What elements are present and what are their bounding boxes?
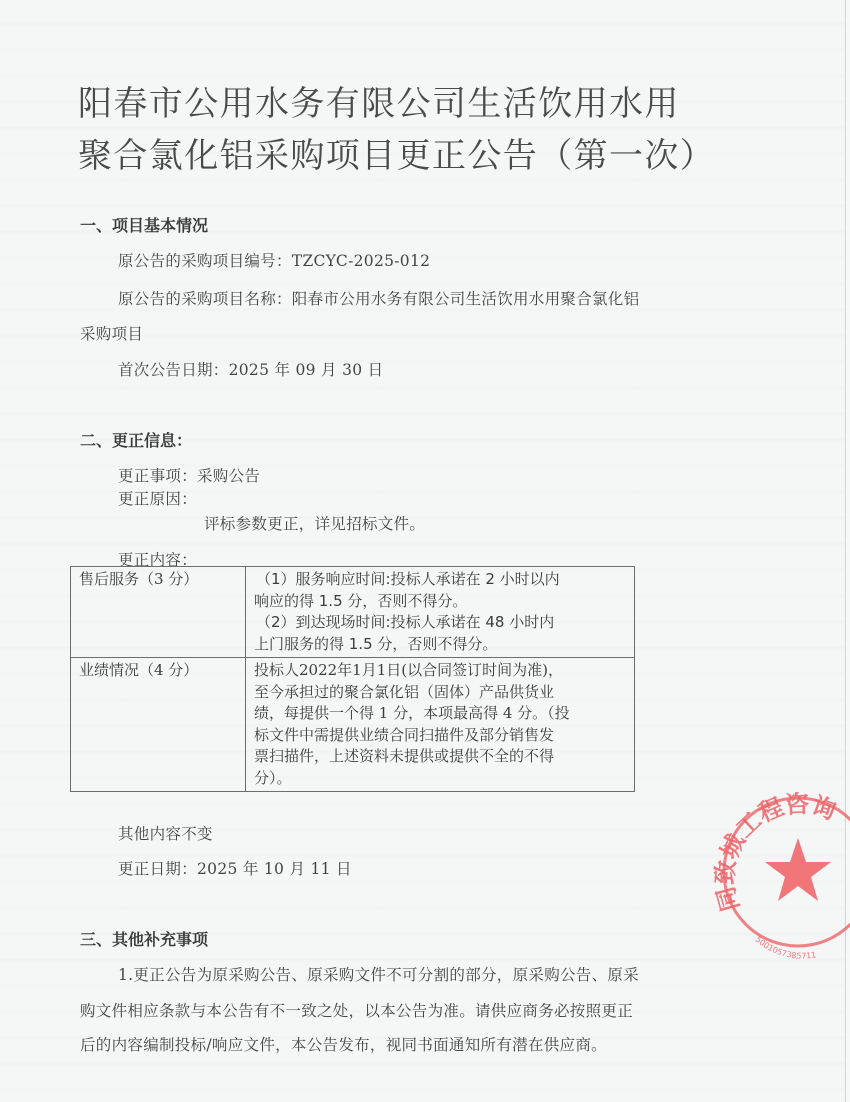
project-name-line-1: 原公告的采购项目名称：阳春市公用水务有限公司生活饮用水用聚合氯化铝 xyxy=(118,287,639,309)
document-title-line-1: 阳春市公用水务有限公司生活饮用水用 xyxy=(78,76,680,125)
table-line: 响应的得 1.5 分，否则不得分。 xyxy=(254,591,626,613)
correction-table: 售后服务（3 分） （1）服务响应时间:投标人承诺在 2 小时以内 响应的得 1… xyxy=(70,566,635,792)
table-line: 票扫描件，上述资料未提供或提供不全的不得 xyxy=(254,746,626,768)
table-line: 上门服务的得 1.5 分，否则不得分。 xyxy=(254,634,626,656)
table-row: 业绩情况（4 分） 投标人2022年1月1日(以合同签订时间为准)， 至今承担过… xyxy=(71,658,635,792)
other-content-unchanged: 其他内容不变 xyxy=(118,822,213,844)
project-name-line-2: 采购项目 xyxy=(80,322,143,344)
supplement-paragraph-line-3: 后的内容编制投标/响应文件，本公告发布，视同书面通知所有潜在供应商。 xyxy=(80,1033,607,1055)
correction-date: 更正日期：2025 年 10 月 11 日 xyxy=(118,857,352,879)
table-line: 至今承担过的聚合氯化铝（固体）产品供货业 xyxy=(254,682,626,704)
section-1-heading: 一、项目基本情况 xyxy=(80,213,208,236)
table-row: 售后服务（3 分） （1）服务响应时间:投标人承诺在 2 小时以内 响应的得 1… xyxy=(71,567,635,658)
table-line: 绩，每提供一个得 1 分，本项最高得 4 分。（投 xyxy=(254,703,626,725)
svg-text:同致城工程咨询: 同致城工程咨询 xyxy=(711,790,840,914)
table-cell-key: 业绩情况（4 分） xyxy=(71,658,246,792)
supplement-paragraph-line-2: 购文件相应条款与本公告有不一致之处，以本公告为准。请供应商务必按照更正 xyxy=(80,999,633,1021)
section-2-heading: 二、更正信息： xyxy=(80,428,192,451)
correction-reason-label: 更正原因： xyxy=(118,487,197,509)
table-line: （2）到达现场时间:投标人承诺在 48 小时内 xyxy=(254,612,626,634)
table-line: 分）。 xyxy=(254,768,626,790)
supplement-paragraph-line-1: 1.更正公告为原采购公告、原采购文件不可分割的部分，原采购公告、原采 xyxy=(118,963,639,985)
document-page: 阳春市公用水务有限公司生活饮用水用 聚合氯化铝采购项目更正公告（第一次） 一、项… xyxy=(0,0,846,1102)
table-cell-value: 投标人2022年1月1日(以合同签订时间为准)， 至今承担过的聚合氯化铝（固体）… xyxy=(246,658,635,792)
section-3-heading: 三、其他补充事项 xyxy=(80,927,208,950)
table-line: 标文件中需提供业绩合同扫描件及部分销售发 xyxy=(254,725,626,747)
project-number: 原公告的采购项目编号：TZCYC-2025-012 xyxy=(118,249,430,271)
seal-star-icon xyxy=(765,838,831,901)
seal-number: 5001057385711 xyxy=(754,935,817,960)
table-line: （1）服务响应时间:投标人承诺在 2 小时以内 xyxy=(254,569,626,591)
first-notice-date: 首次公告日期：2025 年 09 月 30 日 xyxy=(118,358,383,380)
document-title-line-2: 聚合氯化铝采购项目更正公告（第一次） xyxy=(78,128,715,177)
table-cell-key: 售后服务（3 分） xyxy=(71,567,246,658)
table-cell-value: （1）服务响应时间:投标人承诺在 2 小时以内 响应的得 1.5 分，否则不得分… xyxy=(246,567,635,658)
svg-text:5001057385711: 5001057385711 xyxy=(754,935,817,960)
correction-reason-text: 评标参数更正，详见招标文件。 xyxy=(204,512,425,534)
company-seal-stamp: 同致城工程咨询 5001057385711 xyxy=(710,790,850,960)
correction-item: 更正事项：采购公告 xyxy=(118,464,260,486)
table-line: 投标人2022年1月1日(以合同签订时间为准)， xyxy=(254,660,626,682)
seal-text: 同致城工程咨询 xyxy=(711,790,840,914)
